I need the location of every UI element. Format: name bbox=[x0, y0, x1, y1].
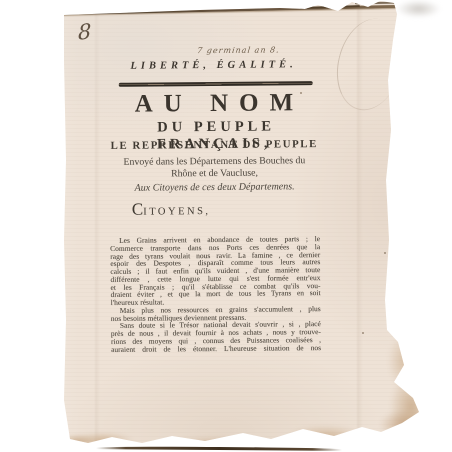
salutation-rest: ITOYENS, bbox=[143, 206, 210, 218]
paper-crease bbox=[328, 12, 412, 117]
burned-top-edge-fragment bbox=[355, 2, 399, 5]
body-text: Les Grains arrivent en abondance de tout… bbox=[110, 235, 321, 353]
mission-statement: Envoyé dans les Départemens des Bouches … bbox=[109, 155, 319, 180]
paragraph-3: Sans doute si le Trésor national devait … bbox=[111, 320, 321, 353]
paper-sheet: 8 7 germinal an 8. LIBERTÉ, ÉGALITÉ. AU … bbox=[0, 0, 452, 452]
main-title-line1: AU NOM bbox=[109, 89, 319, 119]
handwritten-page-number: 8 bbox=[78, 19, 91, 45]
paper-speck bbox=[384, 252, 386, 254]
printed-text-block: 7 germinal an 8. LIBERTÉ, ÉGALITÉ. AU NO… bbox=[108, 0, 318, 1]
address-line: Aux Citoyens de ces deux Départemens. bbox=[110, 181, 320, 194]
salutation-drop-cap: C bbox=[132, 200, 144, 219]
paragraph-1: Les Grains arrivent en abondance de tout… bbox=[110, 235, 321, 307]
handwritten-date: 7 germinal an 8. bbox=[158, 45, 319, 55]
torn-right-corner-stain bbox=[368, 328, 430, 440]
scanned-document-photo: 8 7 germinal an 8. LIBERTÉ, ÉGALITÉ. AU … bbox=[0, 0, 452, 452]
salutation-citoyens: CITOYENS, bbox=[132, 199, 211, 220]
background-shadow-patch bbox=[396, 0, 452, 22]
paper-speck bbox=[362, 332, 364, 334]
horizontal-rule bbox=[119, 81, 313, 87]
subtitle-representant: LE REPRÉSENTANT DU PEUPLE bbox=[109, 138, 319, 152]
motto-liberte-egalite: LIBERTÉ, ÉGALITÉ. bbox=[109, 59, 319, 72]
burned-top-edge-fragment bbox=[300, 5, 360, 9]
under-page-edge-shadow bbox=[96, 446, 342, 451]
